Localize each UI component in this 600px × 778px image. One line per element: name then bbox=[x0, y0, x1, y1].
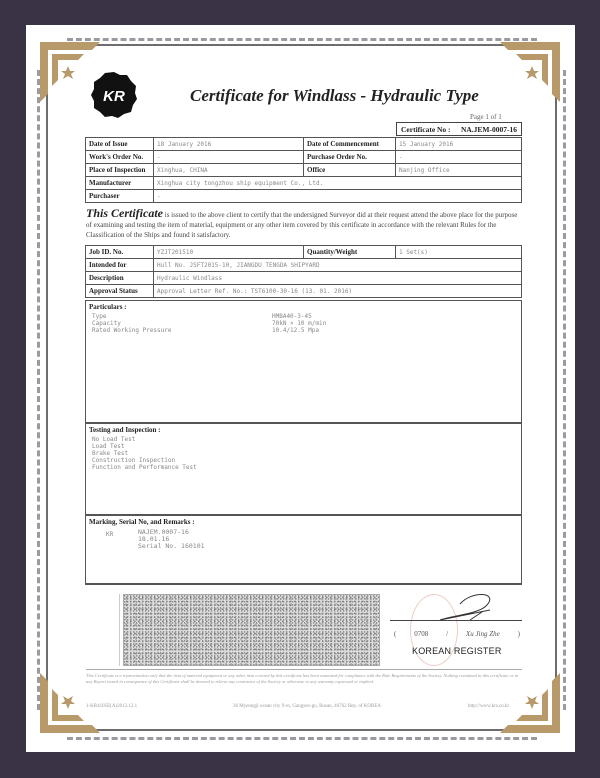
value-place-of-inspection: Xinghua, CHINA bbox=[154, 164, 304, 177]
list-item: Function and Performance Test bbox=[92, 464, 197, 471]
address: 36 Myeongji ocean city 9-ro, Gangseo-gu,… bbox=[233, 704, 381, 709]
list-item: Construction Inspection bbox=[92, 457, 197, 464]
particular-value: 70kN × 10 m/min bbox=[272, 320, 326, 327]
label-purchase-order: Purchase Order No. bbox=[304, 151, 396, 164]
tests-list: No Load Test Load Test Brake Test Constr… bbox=[92, 436, 197, 471]
list-item: Serial No. 160101 bbox=[138, 543, 205, 550]
footnote: This Certificate is a representation onl… bbox=[86, 673, 522, 685]
dashed-border-right bbox=[563, 70, 566, 710]
dashed-border-top bbox=[67, 38, 537, 41]
table-row: Work's Order No. - Purchase Order No. - bbox=[86, 151, 522, 164]
surveyor-name: Xu Jing Zhe bbox=[466, 630, 500, 638]
signature-line bbox=[390, 620, 522, 621]
statement-heading: This Certificate bbox=[86, 206, 163, 220]
particulars-values: HMBA40-3-45 70kN × 10 m/min 10.4/12.5 Mp… bbox=[272, 313, 326, 334]
particulars-names: Type Capacity Rated Working Pressure bbox=[92, 313, 171, 334]
security-pattern bbox=[123, 594, 380, 666]
certificate-number: Certificate No : NA.JEM-0007-16 bbox=[396, 122, 522, 136]
divider bbox=[86, 669, 522, 670]
page-number: Page 1 of 1 bbox=[470, 113, 502, 121]
dashed-border-bottom bbox=[67, 737, 537, 740]
label-approval-status: Approval Status bbox=[86, 285, 154, 298]
value-purchase-order: - bbox=[396, 151, 522, 164]
value-works-order: - bbox=[154, 151, 304, 164]
value-intended-for: Hull No. JSFT2015-10, JIANGDU TENGDA SHI… bbox=[154, 259, 522, 272]
kr-mark-symbol: KR bbox=[106, 531, 113, 538]
table-row: Description Hydraulic Windlass bbox=[86, 272, 522, 285]
value-job-id: YZJT201510 bbox=[154, 246, 304, 259]
label-purchaser: Purchaser bbox=[86, 190, 154, 203]
marking-title: Marking, Serial No, and Remarks : bbox=[86, 516, 521, 528]
label-job-id: Job ID. No. bbox=[86, 246, 154, 259]
label-date-of-commencement: Date of Commencement bbox=[304, 138, 396, 151]
label-office: Office bbox=[304, 164, 396, 177]
cert-no-value: NA.JEM-0007-16 bbox=[461, 125, 517, 133]
particular-value: 10.4/12.5 Mpa bbox=[272, 327, 326, 334]
table-row: Intended for Hull No. JSFT2015-10, JIANG… bbox=[86, 259, 522, 272]
surveyor: ( 0708 / Xu Jing Zhe ) bbox=[394, 630, 520, 638]
particular-name: Rated Working Pressure bbox=[92, 327, 171, 334]
list-item: No Load Test bbox=[92, 436, 197, 443]
testing-section: Testing and Inspection : No Load Test Lo… bbox=[85, 423, 522, 515]
label-quantity: Quantity/Weight bbox=[304, 246, 396, 259]
dashed-border-left bbox=[37, 70, 40, 710]
value-approval-status: Approval Letter Ref. No.: TST6100-30-16 … bbox=[154, 285, 522, 298]
value-quantity: 1 Set(s) bbox=[396, 246, 522, 259]
marking-section: Marking, Serial No, and Remarks : KR NAJ… bbox=[85, 515, 522, 585]
label-place-of-inspection: Place of Inspection bbox=[86, 164, 154, 177]
label-date-of-issue: Date of Issue bbox=[86, 138, 154, 151]
website-link[interactable]: http://www.krs.co.kr bbox=[468, 704, 509, 709]
table-row: Place of Inspection Xinghua, CHINA Offic… bbox=[86, 164, 522, 177]
table-row: Job ID. No. YZJT201510 Quantity/Weight 1… bbox=[86, 246, 522, 259]
table-row: Manufacturer Xinghua city tongzhou ship … bbox=[86, 177, 522, 190]
list-item: Load Test bbox=[92, 443, 197, 450]
label-works-order: Work's Order No. bbox=[86, 151, 154, 164]
certificate-statement: This Certificate is issued to the above … bbox=[86, 208, 522, 240]
testing-title: Testing and Inspection : bbox=[86, 424, 521, 436]
value-manufacturer: Xinghua city tongzhou ship equipment Co.… bbox=[154, 177, 522, 190]
value-office: Nanjing Office bbox=[396, 164, 522, 177]
label-description: Description bbox=[86, 272, 154, 285]
value-date-of-commencement: 15 January 2016 bbox=[396, 138, 522, 151]
svg-text:KR: KR bbox=[103, 88, 125, 105]
form-code: 1-KR4105E(A)2013.12.1 bbox=[86, 704, 137, 709]
corner-ornament-icon bbox=[500, 42, 560, 102]
issue-details-table: Date of Issue 18 January 2016 Date of Co… bbox=[85, 137, 522, 203]
markings-list: NAJEM.0007-16 18.01.16 Serial No. 160101 bbox=[138, 529, 205, 550]
value-description: Hydraulic Windlass bbox=[154, 272, 522, 285]
blank-box bbox=[86, 594, 120, 666]
signature-icon bbox=[420, 590, 510, 630]
korean-register-logo-icon: KR bbox=[90, 71, 138, 119]
surveyor-id: 0708 bbox=[414, 630, 428, 638]
particular-name: Type bbox=[92, 313, 171, 320]
label-manufacturer: Manufacturer bbox=[86, 177, 154, 190]
signature-block: ( 0708 / Xu Jing Zhe ) KOREAN REGISTER bbox=[390, 588, 522, 668]
table-row: Purchaser - bbox=[86, 190, 522, 203]
particular-name: Capacity bbox=[92, 320, 171, 327]
value-date-of-issue: 18 January 2016 bbox=[154, 138, 304, 151]
table-row: Date of Issue 18 January 2016 Date of Co… bbox=[86, 138, 522, 151]
list-item: Brake Test bbox=[92, 450, 197, 457]
register-name: KOREAN REGISTER bbox=[412, 646, 502, 656]
particular-value: HMBA40-3-45 bbox=[272, 313, 326, 320]
table-row: Approval Status Approval Letter Ref. No.… bbox=[86, 285, 522, 298]
certificate-title: Certificate for Windlass - Hydraulic Typ… bbox=[190, 86, 490, 106]
cert-no-label: Certificate No : bbox=[401, 125, 451, 133]
particulars-title: Particulars : bbox=[86, 301, 521, 313]
label-intended-for: Intended for bbox=[86, 259, 154, 272]
value-purchaser: - bbox=[154, 190, 522, 203]
job-details-table: Job ID. No. YZJT201510 Quantity/Weight 1… bbox=[85, 245, 522, 298]
particulars-section: Particulars : Type Capacity Rated Workin… bbox=[85, 300, 522, 423]
